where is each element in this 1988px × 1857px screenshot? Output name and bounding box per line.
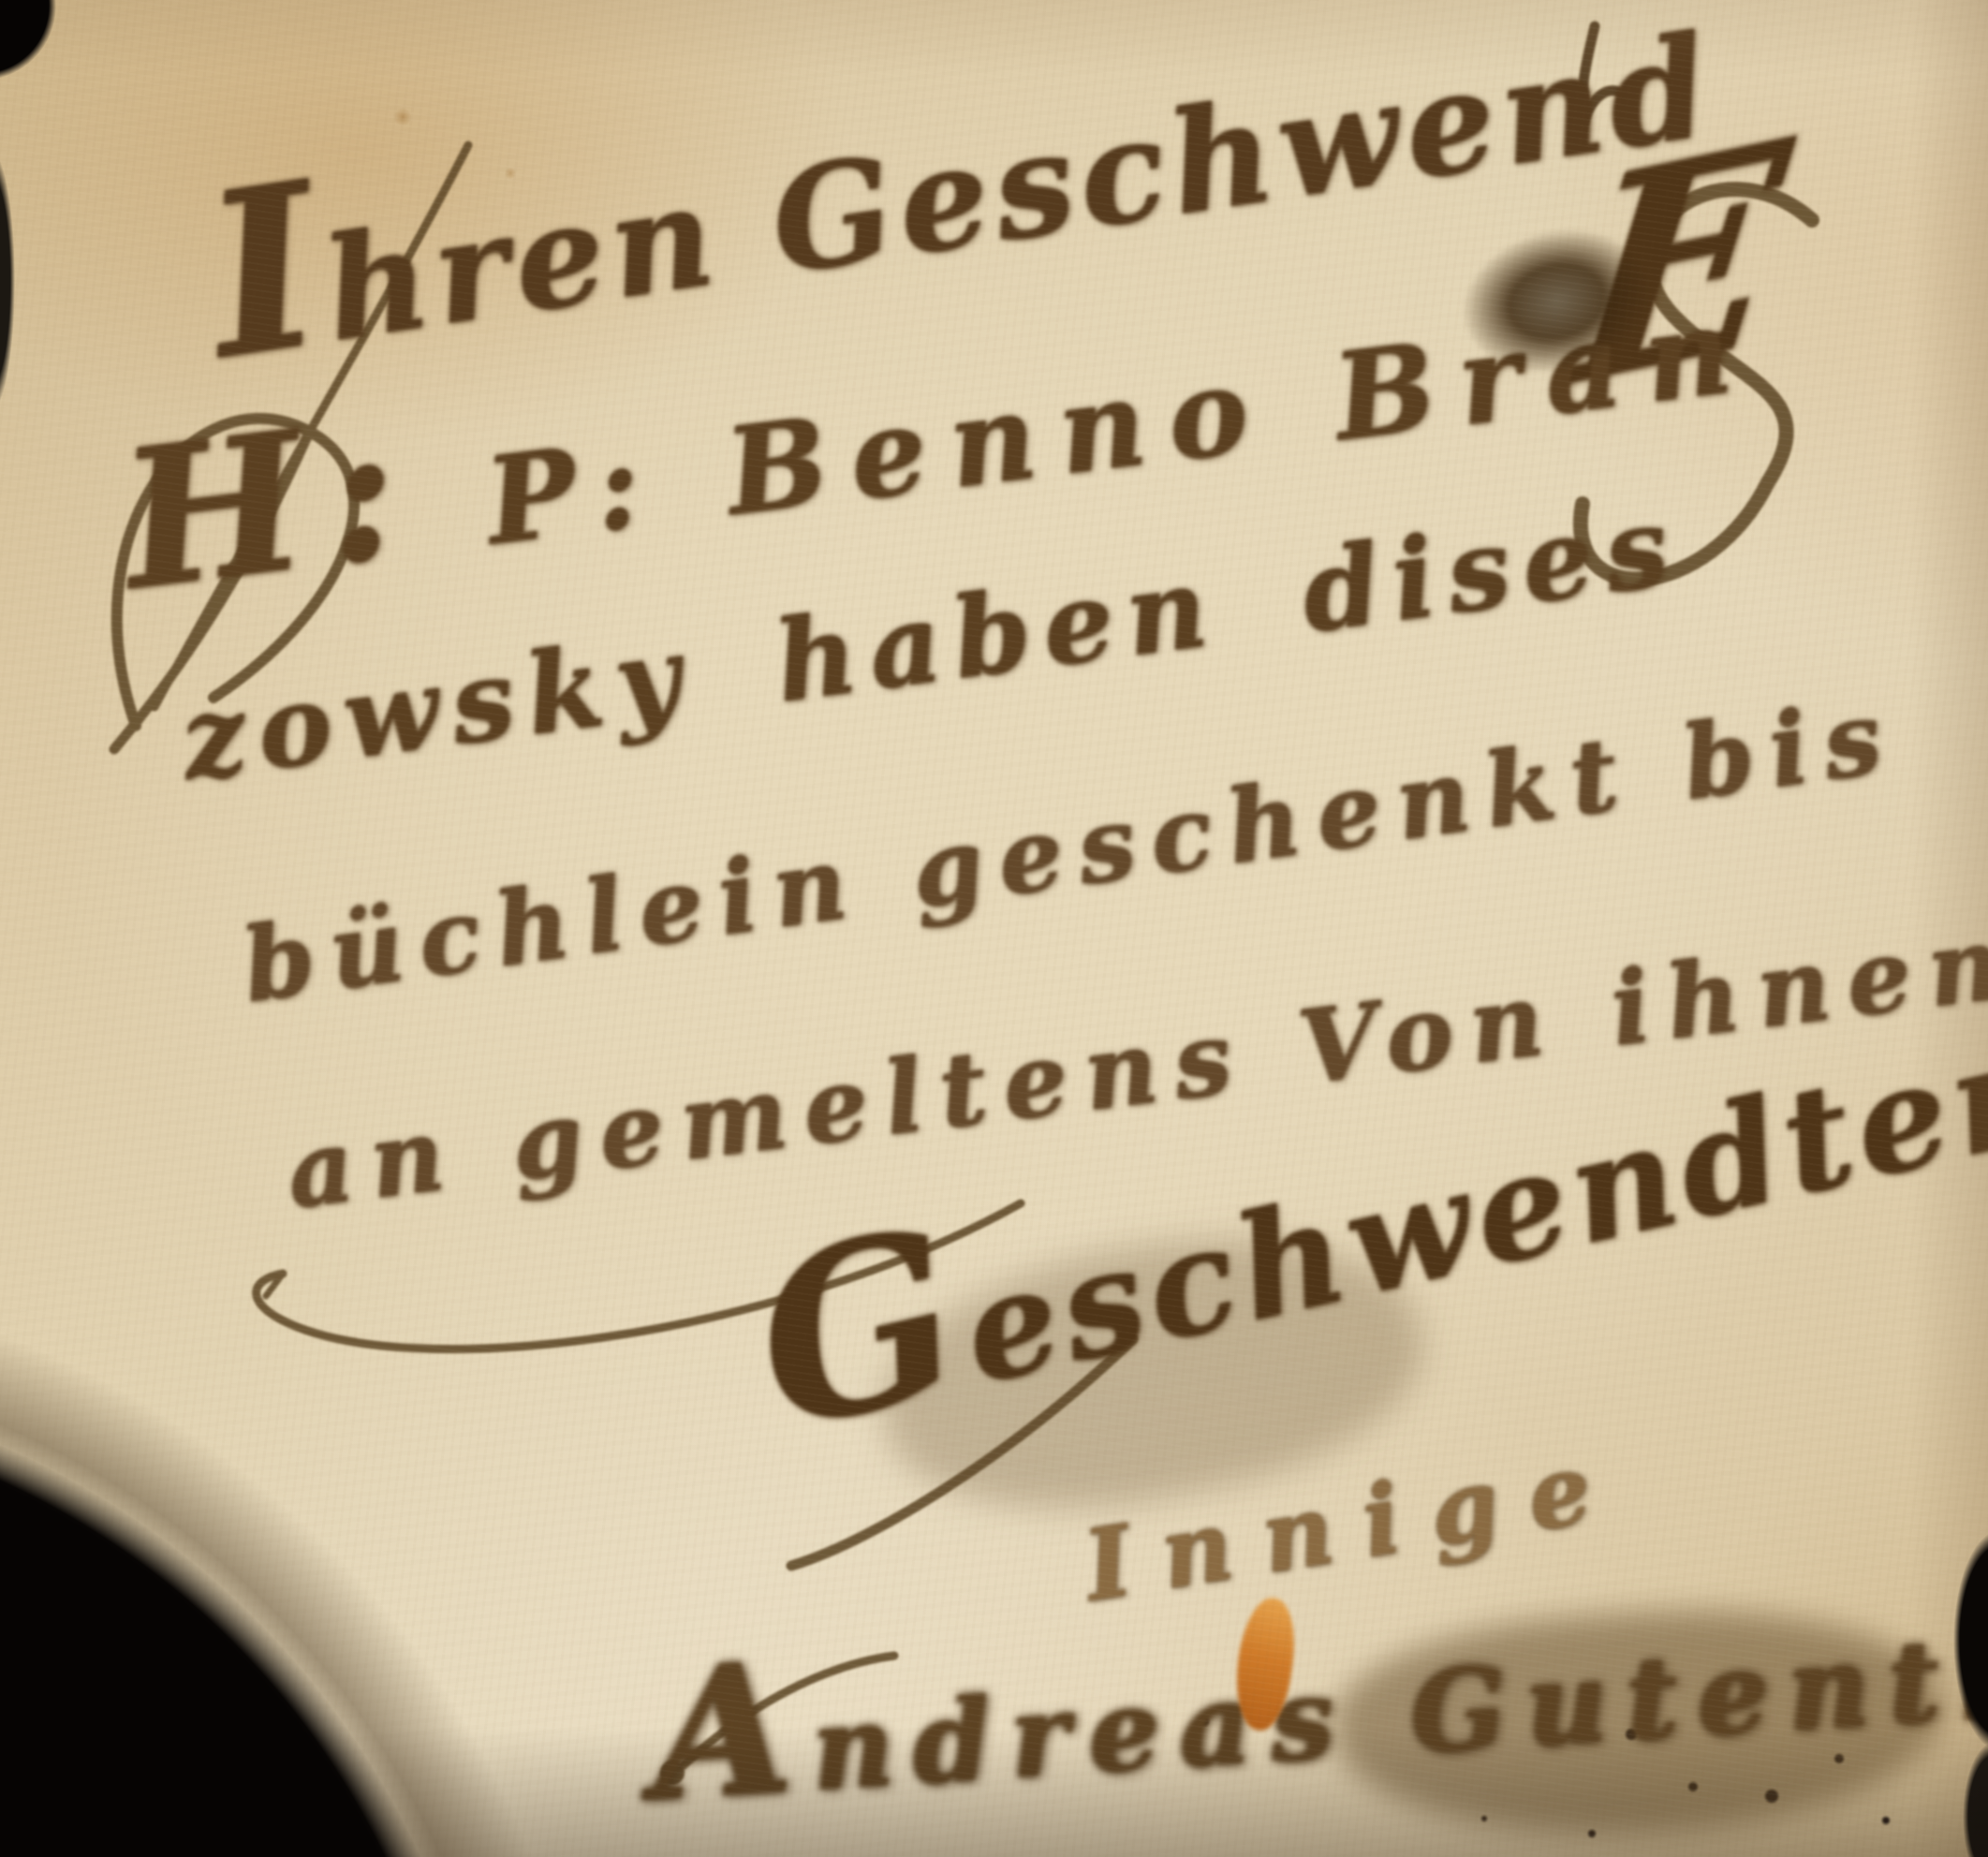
- manuscript-photo: Ihren Geschwend E H: P: Benno Bran zowsk…: [0, 0, 1988, 1857]
